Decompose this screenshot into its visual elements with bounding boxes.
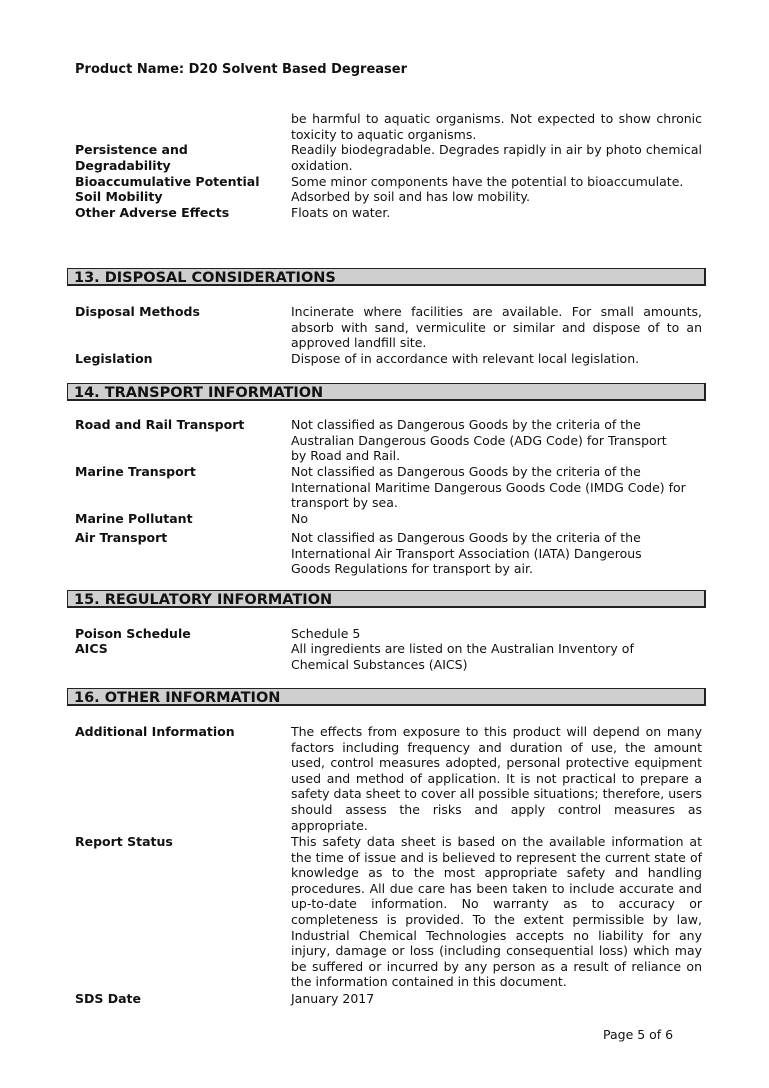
section-heading-other: 16. OTHER INFORMATION bbox=[67, 688, 706, 706]
row-value: Dispose of in accordance with relevant l… bbox=[291, 351, 702, 367]
row-label: SDS Date bbox=[75, 991, 290, 1007]
row-label: Marine Transport bbox=[75, 464, 290, 480]
row-value: Schedule 5 bbox=[291, 626, 702, 642]
row-label: Soil Mobility bbox=[75, 189, 290, 205]
row-label: Other Adverse Effects bbox=[75, 205, 290, 221]
row-value: Some minor components have the potential… bbox=[291, 174, 702, 190]
section-heading-transport: 14. TRANSPORT INFORMATION bbox=[67, 383, 706, 401]
page-number: Page 5 of 6 bbox=[603, 1027, 673, 1042]
row-value: Not classified as Dangerous Goods by the… bbox=[291, 417, 671, 464]
row-value: Not classified as Dangerous Goods by the… bbox=[291, 530, 681, 577]
aics-row: AICS All ingredients are listed on the A… bbox=[75, 641, 702, 672]
report-status-row: Report Status This safety data sheet is … bbox=[75, 834, 702, 990]
row-value: Adsorbed by soil and has low mobility. bbox=[291, 189, 702, 205]
row-label: Marine Pollutant bbox=[75, 511, 290, 527]
air-transport-row: Air Transport Not classified as Dangerou… bbox=[75, 530, 702, 577]
row-value: Not classified as Dangerous Goods by the… bbox=[291, 464, 691, 511]
disposal-methods-row: Disposal Methods Incinerate where facili… bbox=[75, 304, 702, 351]
row-label: Persistence and Degradability bbox=[75, 142, 275, 173]
section-heading-disposal: 13. DISPOSAL CONSIDERATIONS bbox=[67, 268, 706, 286]
row-value: Readily biodegradable. Degrades rapidly … bbox=[291, 142, 702, 173]
ecology-toxicity-row: be harmful to aquatic organisms. Not exp… bbox=[75, 111, 702, 142]
row-value: Floats on water. bbox=[291, 205, 702, 221]
marine-transport-row: Marine Transport Not classified as Dange… bbox=[75, 464, 702, 511]
page-header: Product Name: D20 Solvent Based Degrease… bbox=[75, 62, 407, 77]
section-heading-regulatory: 15. REGULATORY INFORMATION bbox=[67, 590, 706, 608]
row-value: Incinerate where facilities are availabl… bbox=[291, 304, 702, 351]
row-value: The effects from exposure to this produc… bbox=[291, 724, 702, 833]
other-adverse-row: Other Adverse Effects Floats on water. bbox=[75, 205, 702, 221]
row-label: AICS bbox=[75, 641, 290, 657]
bioaccumulative-row: Bioaccumulative Potential Some minor com… bbox=[75, 174, 702, 190]
row-label: Air Transport bbox=[75, 530, 290, 546]
row-value: be harmful to aquatic organisms. Not exp… bbox=[291, 111, 702, 142]
legislation-row: Legislation Dispose of in accordance wit… bbox=[75, 351, 702, 367]
persistence-row: Persistence and Degradability Readily bi… bbox=[75, 142, 702, 173]
poison-schedule-row: Poison Schedule Schedule 5 bbox=[75, 626, 702, 642]
row-label: Disposal Methods bbox=[75, 304, 290, 320]
sds-date-row: SDS Date January 2017 bbox=[75, 991, 702, 1007]
row-value: This safety data sheet is based on the a… bbox=[291, 834, 702, 990]
row-label: Bioaccumulative Potential bbox=[75, 174, 290, 190]
row-value: All ingredients are listed on the Austra… bbox=[291, 641, 661, 672]
row-label: Poison Schedule bbox=[75, 626, 290, 642]
road-rail-row: Road and Rail Transport Not classified a… bbox=[75, 417, 702, 464]
additional-information-row: Additional Information The effects from … bbox=[75, 724, 702, 833]
soil-mobility-row: Soil Mobility Adsorbed by soil and has l… bbox=[75, 189, 702, 205]
row-value: January 2017 bbox=[291, 991, 702, 1007]
row-label: Additional Information bbox=[75, 724, 290, 740]
row-value: No bbox=[291, 511, 702, 527]
row-label: Legislation bbox=[75, 351, 290, 367]
row-label: Road and Rail Transport bbox=[75, 417, 290, 433]
marine-pollutant-row: Marine Pollutant No bbox=[75, 511, 702, 527]
row-label: Report Status bbox=[75, 834, 290, 850]
